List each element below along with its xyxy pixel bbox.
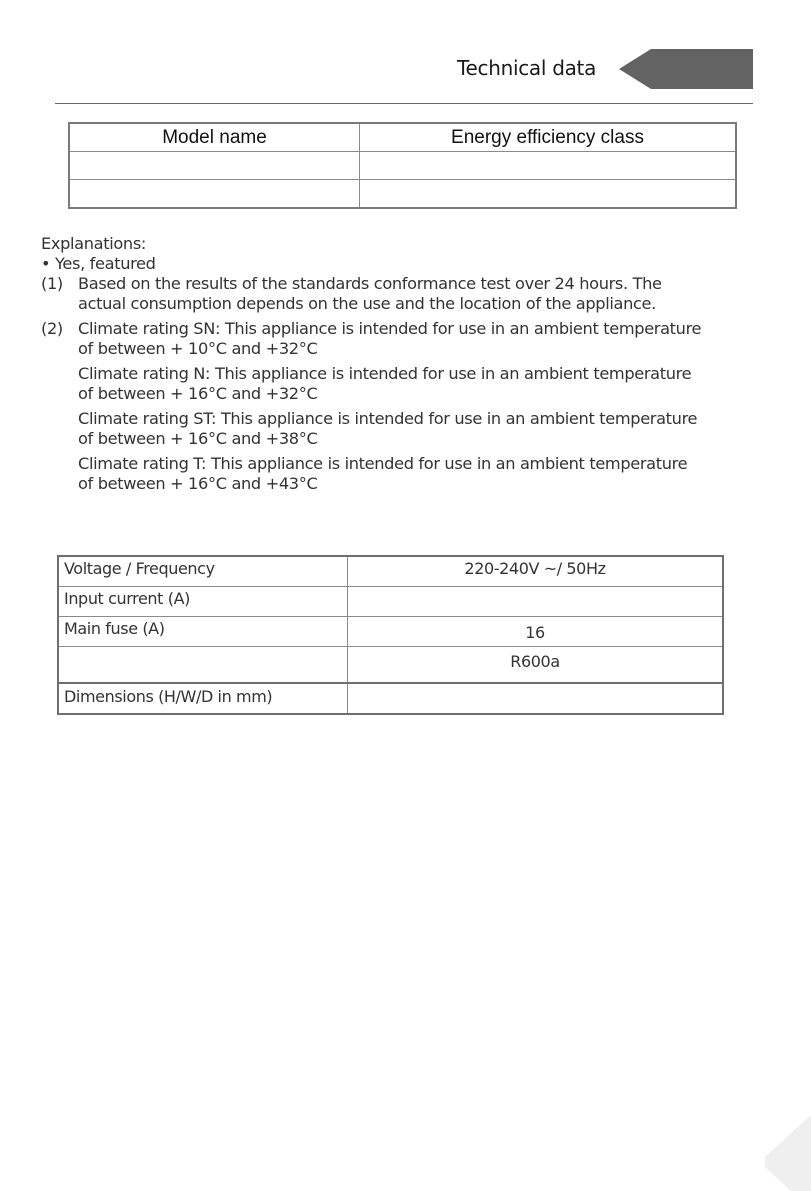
spec-value: 16 [348, 617, 724, 647]
header-divider [55, 103, 753, 104]
footnote-text: Based on the results of the standards co… [78, 274, 761, 294]
climate-text: Climate rating SN: This appliance is int… [78, 319, 761, 339]
table-row: Main fuse (A) 16 [58, 617, 723, 647]
table-row: Input current (A) [58, 587, 723, 617]
table-row: Voltage / Frequency 220-240V ~/ 50Hz [58, 556, 723, 587]
climate-text: Climate rating T: This appliance is inte… [78, 454, 761, 474]
model-name-cell [69, 152, 360, 180]
spec-value: 220-240V ~/ 50Hz [348, 556, 724, 587]
footnote-number: (1) [41, 274, 78, 314]
spec-label [58, 647, 348, 684]
spec-value [348, 683, 724, 714]
climate-text: Climate rating ST: This appliance is int… [78, 409, 761, 429]
spec-value: R600a [348, 647, 724, 684]
footnote-number: (2) [41, 319, 78, 494]
explanations: Explanations: • Yes, featured (1) Based … [41, 234, 761, 494]
model-table: Model name Energy efficiency class [68, 122, 737, 209]
table-row [69, 180, 736, 209]
column-header-energy-class: Energy efficiency class [360, 123, 737, 152]
energy-class-cell [360, 152, 737, 180]
table-header-row: Model name Energy efficiency class [69, 123, 736, 152]
climate-range: of between + 16°C and +43°C [78, 474, 761, 494]
climate-text: Climate rating N: This appliance is inte… [78, 364, 761, 384]
page-corner-tab-icon [761, 1111, 811, 1191]
footnote-text: actual consumption depends on the use an… [78, 294, 761, 314]
section-tab-arrow-icon [619, 49, 753, 89]
climate-range: of between + 16°C and +32°C [78, 384, 761, 404]
spec-label: Main fuse (A) [58, 617, 348, 647]
climate-rating-n: Climate rating N: This appliance is inte… [78, 364, 761, 404]
spec-table: Voltage / Frequency 220-240V ~/ 50Hz Inp… [57, 555, 724, 715]
climate-rating-sn: Climate rating SN: This appliance is int… [78, 319, 761, 359]
spec-label: Dimensions (H/W/D in mm) [58, 683, 348, 714]
column-header-model-name: Model name [69, 123, 360, 152]
section-title: Technical data [457, 56, 596, 80]
model-name-cell [69, 180, 360, 209]
explanations-heading: Explanations: [41, 234, 761, 254]
table-row [69, 152, 736, 180]
footnote-2: (2) Climate rating SN: This appliance is… [41, 319, 761, 494]
spec-value [348, 587, 724, 617]
table-row: Dimensions (H/W/D in mm) [58, 683, 723, 714]
spec-label: Input current (A) [58, 587, 348, 617]
climate-range: of between + 10°C and +32°C [78, 339, 761, 359]
climate-rating-st: Climate rating ST: This appliance is int… [78, 409, 761, 449]
spec-label: Voltage / Frequency [58, 556, 348, 587]
table-row: R600a [58, 647, 723, 684]
energy-class-cell [360, 180, 737, 209]
footnote-1: (1) Based on the results of the standard… [41, 274, 761, 314]
climate-range: of between + 16°C and +38°C [78, 429, 761, 449]
climate-rating-t: Climate rating T: This appliance is inte… [78, 454, 761, 494]
bullet-legend: • Yes, featured [41, 254, 761, 274]
